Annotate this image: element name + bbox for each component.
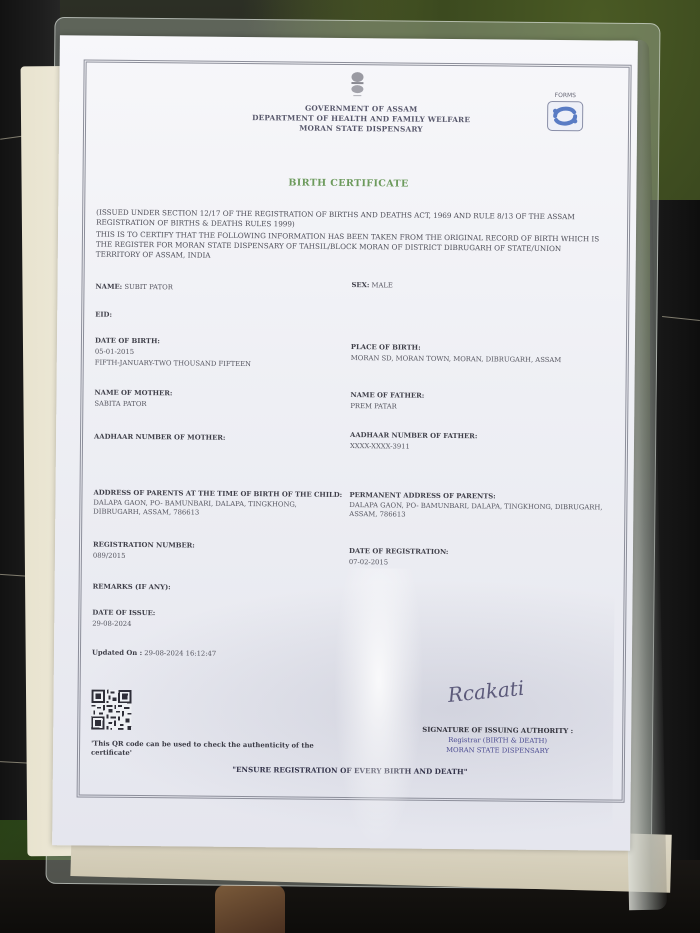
sex-field: SEX: MALE (351, 280, 392, 291)
issuing-office-header: GOVERNMENT OF ASSAM DEPARTMENT OF HEALTH… (211, 103, 511, 136)
registration-number-field: REGISTRATION NUMBER: 089/2015 (93, 540, 195, 563)
name-label: NAME: (95, 283, 122, 291)
permanent-address-field: PERMANENT ADDRESS OF PARENTS: DALAPA GAO… (349, 490, 604, 521)
date-of-issue-value: 29-08-2024 (92, 619, 155, 631)
mother-name-label: NAME OF MOTHER: (94, 388, 172, 400)
father-aadhaar-value: XXXX-XXXX-3911 (350, 441, 477, 453)
date-of-birth-field: DATE OF BIRTH: 05-01-2015 FIFTH-JANUARY-… (95, 336, 252, 370)
name-field: NAME: SUBIT PATOR (95, 282, 172, 294)
father-name-label: NAME OF FATHER: (350, 390, 424, 402)
mother-aadhaar-field: AADHAAR NUMBER OF MOTHER: (94, 432, 226, 444)
address-at-birth-value: DALAPA GAON, PO- BAMUNBARI, DALAPA, TING… (93, 499, 343, 519)
date-of-issue-label: DATE OF ISSUE: (92, 608, 155, 620)
permanent-address-value: DALAPA GAON, PO- BAMUNBARI, DALAPA, TING… (349, 501, 604, 521)
mother-name-value: SABITA PATOR (94, 399, 172, 411)
updated-on-field: Updated On : 29-08-2024 16:12:47 (92, 648, 216, 660)
signature-office: MORAN STATE DISPENSARY (405, 745, 590, 757)
birth-certificate-document: GOVERNMENT OF ASSAM DEPARTMENT OF HEALTH… (52, 35, 638, 851)
name-value: SUBIT PATOR (124, 283, 173, 291)
sex-label: SEX: (351, 281, 369, 289)
father-name-value: PREM PATAR (350, 401, 424, 413)
sex-value: MALE (372, 281, 393, 289)
forms-logo-label: FORMS (541, 92, 589, 99)
remarks-field: REMARKS (IF ANY): (93, 582, 171, 594)
place-of-birth-field: PLACE OF BIRTH: MORAN SD, MORAN TOWN, MO… (351, 342, 562, 366)
father-name-field: NAME OF FATHER: PREM PATAR (350, 390, 424, 413)
date-of-registration-value: 07-02-2015 (349, 557, 449, 569)
remarks-label: REMARKS (IF ANY): (93, 582, 171, 594)
father-aadhaar-field: AADHAAR NUMBER OF FATHER: XXXX-XXXX-3911 (350, 430, 478, 453)
registration-number-value: 089/2015 (93, 551, 195, 563)
eid-field: EID: (95, 310, 112, 321)
date-of-registration-field: DATE OF REGISTRATION: 07-02-2015 (349, 546, 449, 569)
date-of-issue-field: DATE OF ISSUE: 29-08-2024 (92, 608, 155, 631)
eid-label: EID: (95, 311, 112, 319)
certification-text: THIS IS TO CERTIFY THAT THE FOLLOWING IN… (96, 230, 606, 265)
date-of-birth-words: FIFTH-JANUARY-TWO THOUSAND FIFTEEN (95, 358, 251, 370)
forms-logo-icon (547, 101, 583, 131)
signature-block: SIGNATURE OF ISSUING AUTHORITY : Registr… (405, 725, 590, 757)
forms-logo: FORMS (541, 92, 589, 131)
hand-background (215, 885, 285, 933)
mother-name-field: NAME OF MOTHER: SABITA PATOR (94, 388, 172, 411)
address-at-birth-field: ADDRESS OF PARENTS AT THE TIME OF BIRTH … (93, 488, 343, 519)
national-emblem-icon (347, 70, 367, 98)
mother-aadhaar-label: AADHAAR NUMBER OF MOTHER: (94, 432, 226, 444)
qr-code-icon[interactable] (91, 690, 131, 730)
place-of-birth-value: MORAN SD, MORAN TOWN, MORAN, DIBRUGARH, … (351, 353, 562, 366)
updated-on-value: 29-08-2024 16:12:47 (144, 649, 216, 658)
updated-on-label: Updated On : (92, 649, 142, 657)
qr-authenticity-note: 'This QR code can be used to check the a… (91, 740, 331, 760)
